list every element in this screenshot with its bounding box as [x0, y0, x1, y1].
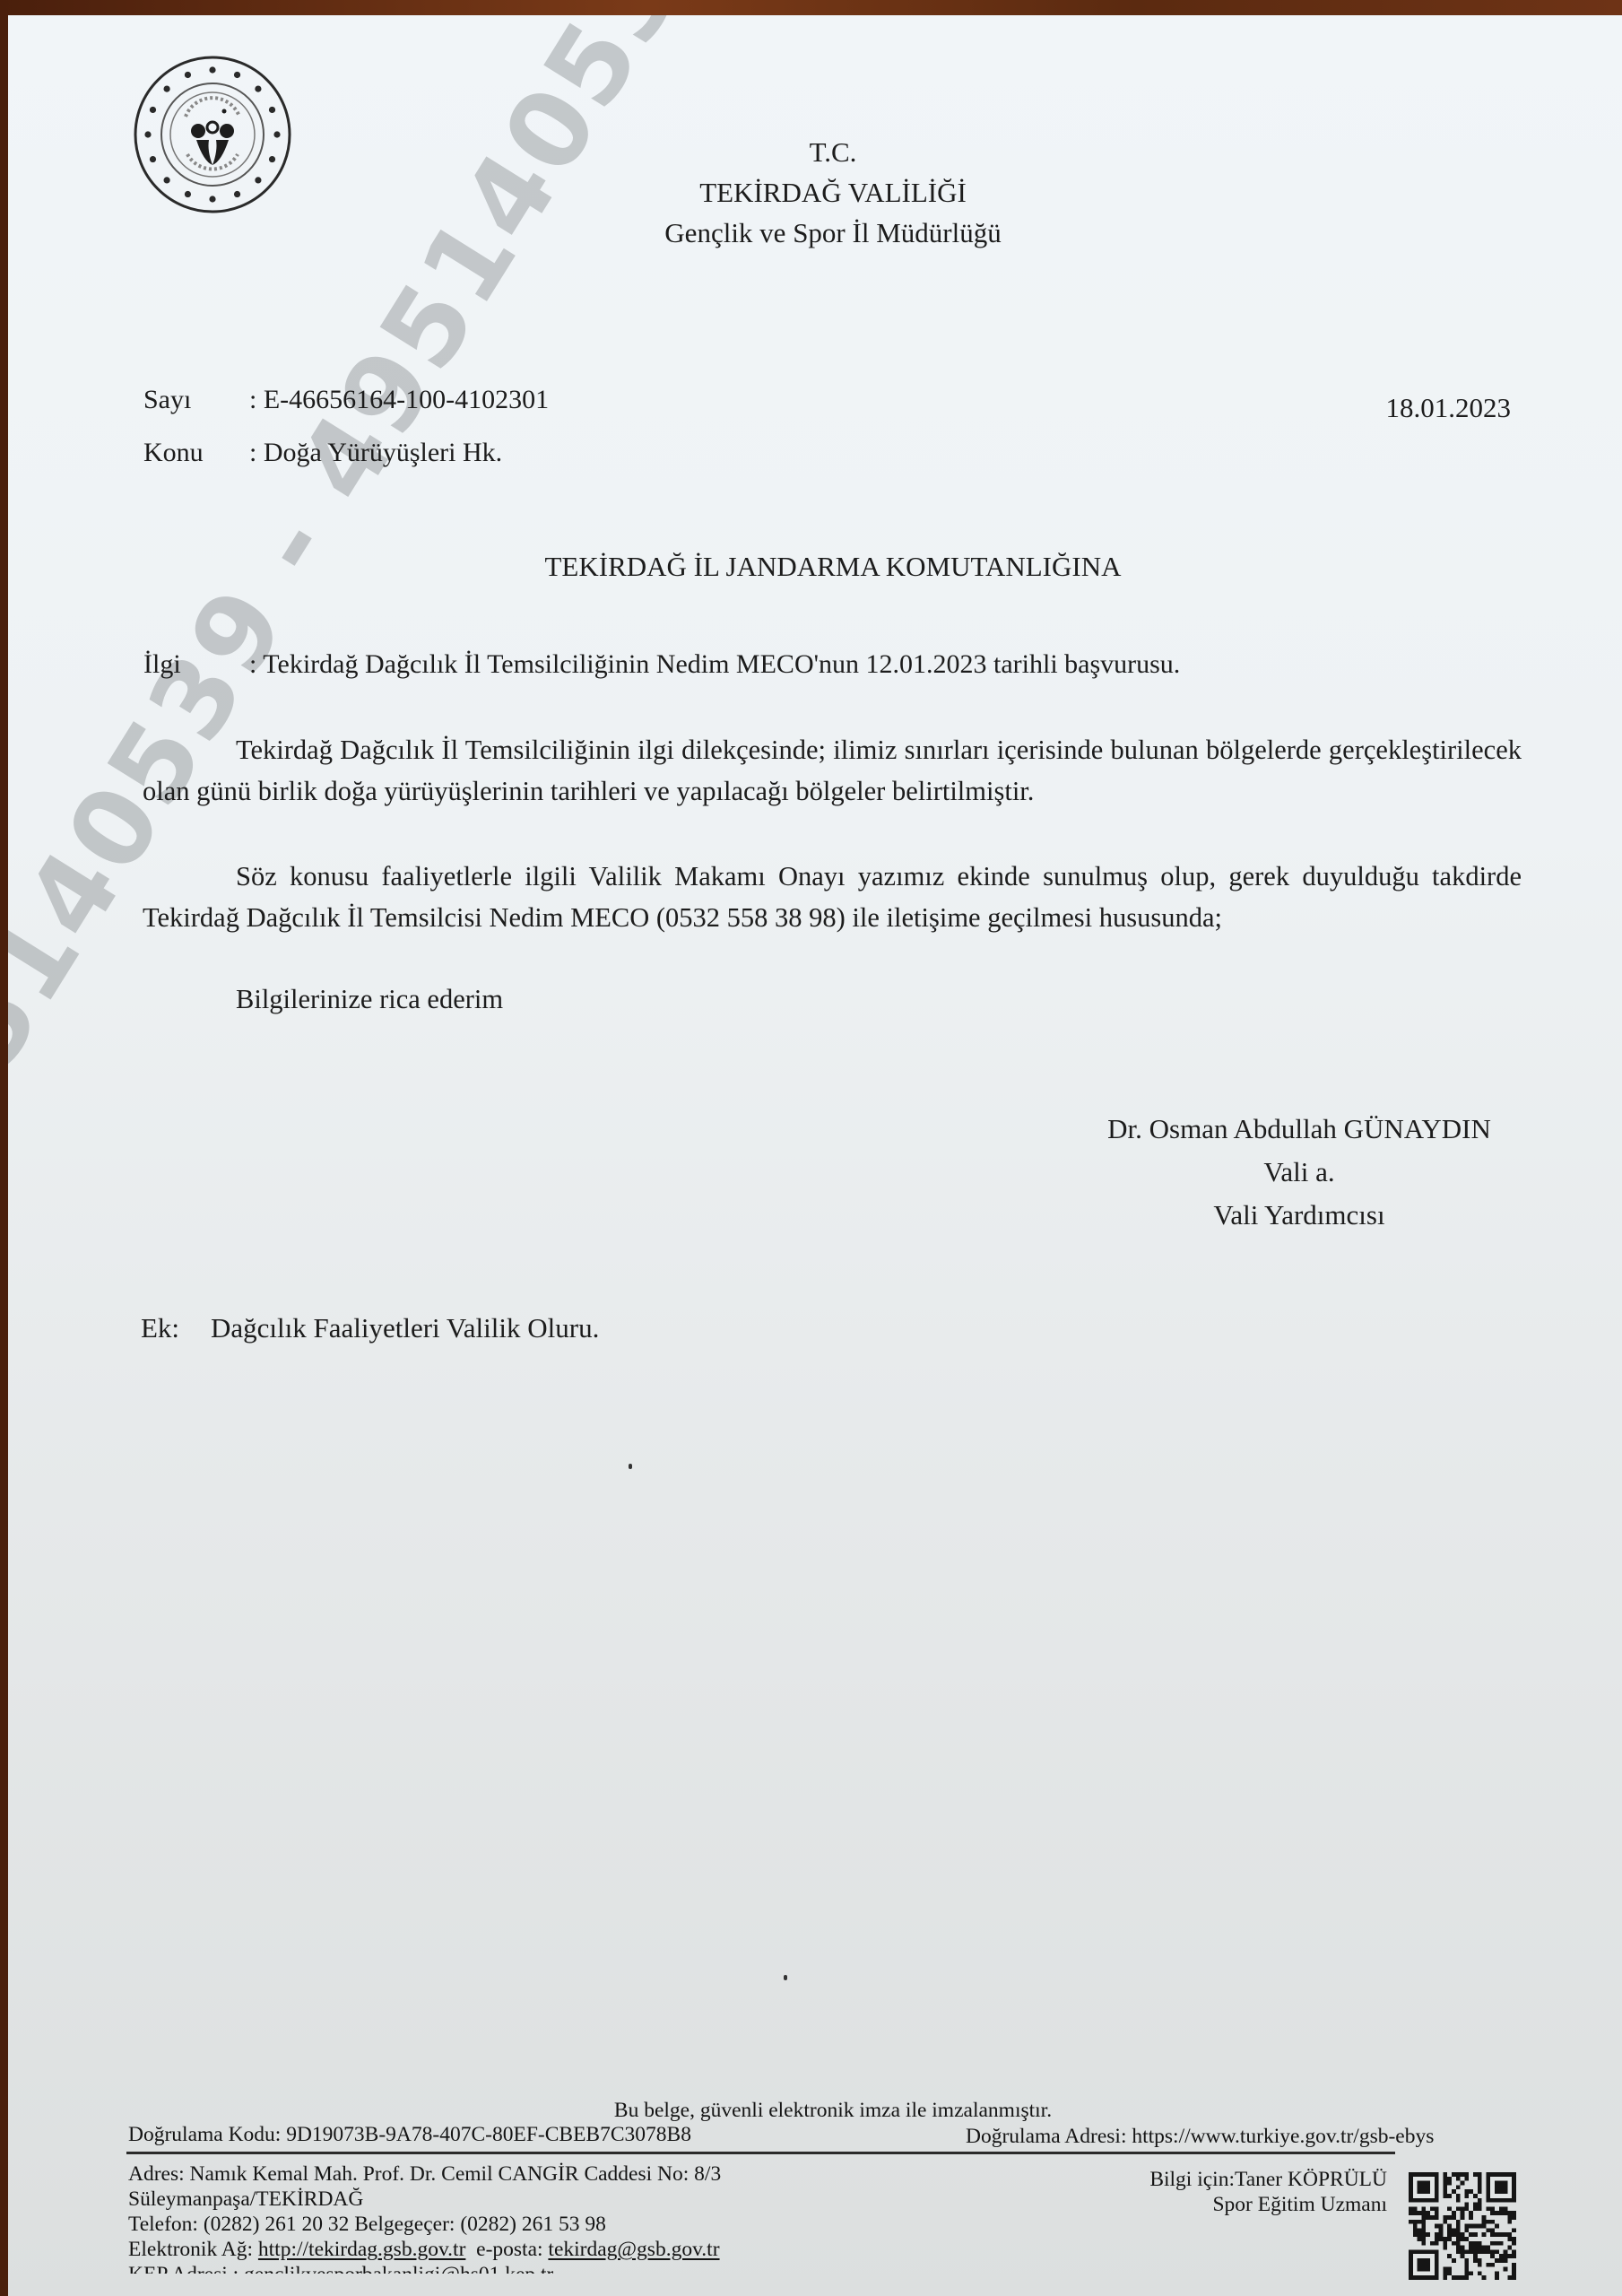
- subject-row: Konu: Doğa Yürüyüşleri Hk.: [143, 438, 502, 468]
- footer-phone: Telefon: (0282) 261 20 32 Belgegeçer: (0…: [128, 2213, 606, 2237]
- document-number-value: : E-46656164-100-4102301: [249, 385, 549, 414]
- footer-kep-address: KEP Adresi : genclikvesporbakanligi@hs01…: [128, 2263, 553, 2274]
- attachment-label: Ek:: [141, 1312, 211, 1344]
- subject-value: : Doğa Yürüyüşleri Hk.: [249, 438, 502, 467]
- web-link[interactable]: http://tekirdag.gsb.gov.tr: [258, 2238, 466, 2261]
- footer-address-line2: Süleymanpaşa/TEKİRDAĞ: [128, 2187, 363, 2212]
- subject-label: Konu: [143, 438, 249, 468]
- signatory-name: Dr. Osman Abdullah GÜNAYDIN: [1057, 1108, 1541, 1151]
- header-governorship: TEKİRDAĞ VALİLİĞİ: [546, 178, 1120, 206]
- reference-row: İlgi: Tekirdağ Dağcılık İl Temsilciliğin…: [143, 649, 1180, 680]
- attachment-row: Ek:Dağcılık Faaliyetleri Valilik Oluru.: [141, 1312, 599, 1344]
- attachment-value: Dağcılık Faaliyetleri Valilik Oluru.: [211, 1312, 599, 1344]
- closing-line: Bilgilerinize rica ederim: [143, 979, 1522, 1021]
- paper-speck: [784, 1975, 787, 1980]
- reference-label: İlgi: [143, 649, 249, 680]
- footer-divider: [126, 2152, 1395, 2154]
- header-country: T.C.: [546, 138, 1120, 166]
- footer-web-email: Elektronik Ağ: http://tekirdag.gsb.gov.t…: [128, 2238, 720, 2262]
- email-link[interactable]: tekirdag@gsb.gov.tr: [548, 2238, 719, 2261]
- signatory-on-behalf: Vali a.: [1057, 1151, 1541, 1194]
- document-number-row: Sayı: E-46656164-100-4102301: [143, 385, 549, 415]
- signatory-title: Vali Yardımcısı: [1057, 1194, 1541, 1237]
- body-paragraph-2: Söz konusu faaliyetlerle ilgili Valilik …: [143, 857, 1522, 938]
- body-paragraph-1: Tekirdağ Dağcılık İl Temsilciliğinin ilg…: [143, 730, 1522, 812]
- footer-address-line1: Adres: Namık Kemal Mah. Prof. Dr. Cemil …: [128, 2162, 721, 2187]
- qr-code-icon: [1409, 2172, 1516, 2280]
- verification-address[interactable]: Doğrulama Adresi: https://www.turkiye.go…: [966, 2125, 1434, 2149]
- verification-code: Doğrulama Kodu: 9D19073B-9A78-407C-80EF-…: [128, 2123, 691, 2147]
- paper-speck: [629, 1464, 632, 1469]
- ministry-seal-icon: [132, 54, 293, 215]
- info-title: Spor Eğitim Uzmanı: [1212, 2193, 1387, 2217]
- email-label: e-posta:: [476, 2238, 548, 2261]
- document-date: 18.01.2023: [1386, 392, 1512, 424]
- reference-value: : Tekirdağ Dağcılık İl Temsilciliğinin N…: [249, 649, 1180, 679]
- header-directorate: Gençlik ve Spor İl Müdürlüğü: [546, 219, 1120, 247]
- document-page: 495140539 - 495140539 - 495140539 - 4951…: [8, 15, 1622, 2296]
- esign-note: Bu belge, güvenli elektronik imza ile im…: [8, 2099, 1622, 2123]
- addressee: TEKİRDAĞ İL JANDARMA KOMUTANLIĞINA: [8, 551, 1622, 583]
- document-number-label: Sayı: [143, 385, 249, 415]
- web-label: Elektronik Ağ:: [128, 2238, 258, 2261]
- info-contact: Bilgi için:Taner KÖPRÜLÜ: [1149, 2168, 1387, 2192]
